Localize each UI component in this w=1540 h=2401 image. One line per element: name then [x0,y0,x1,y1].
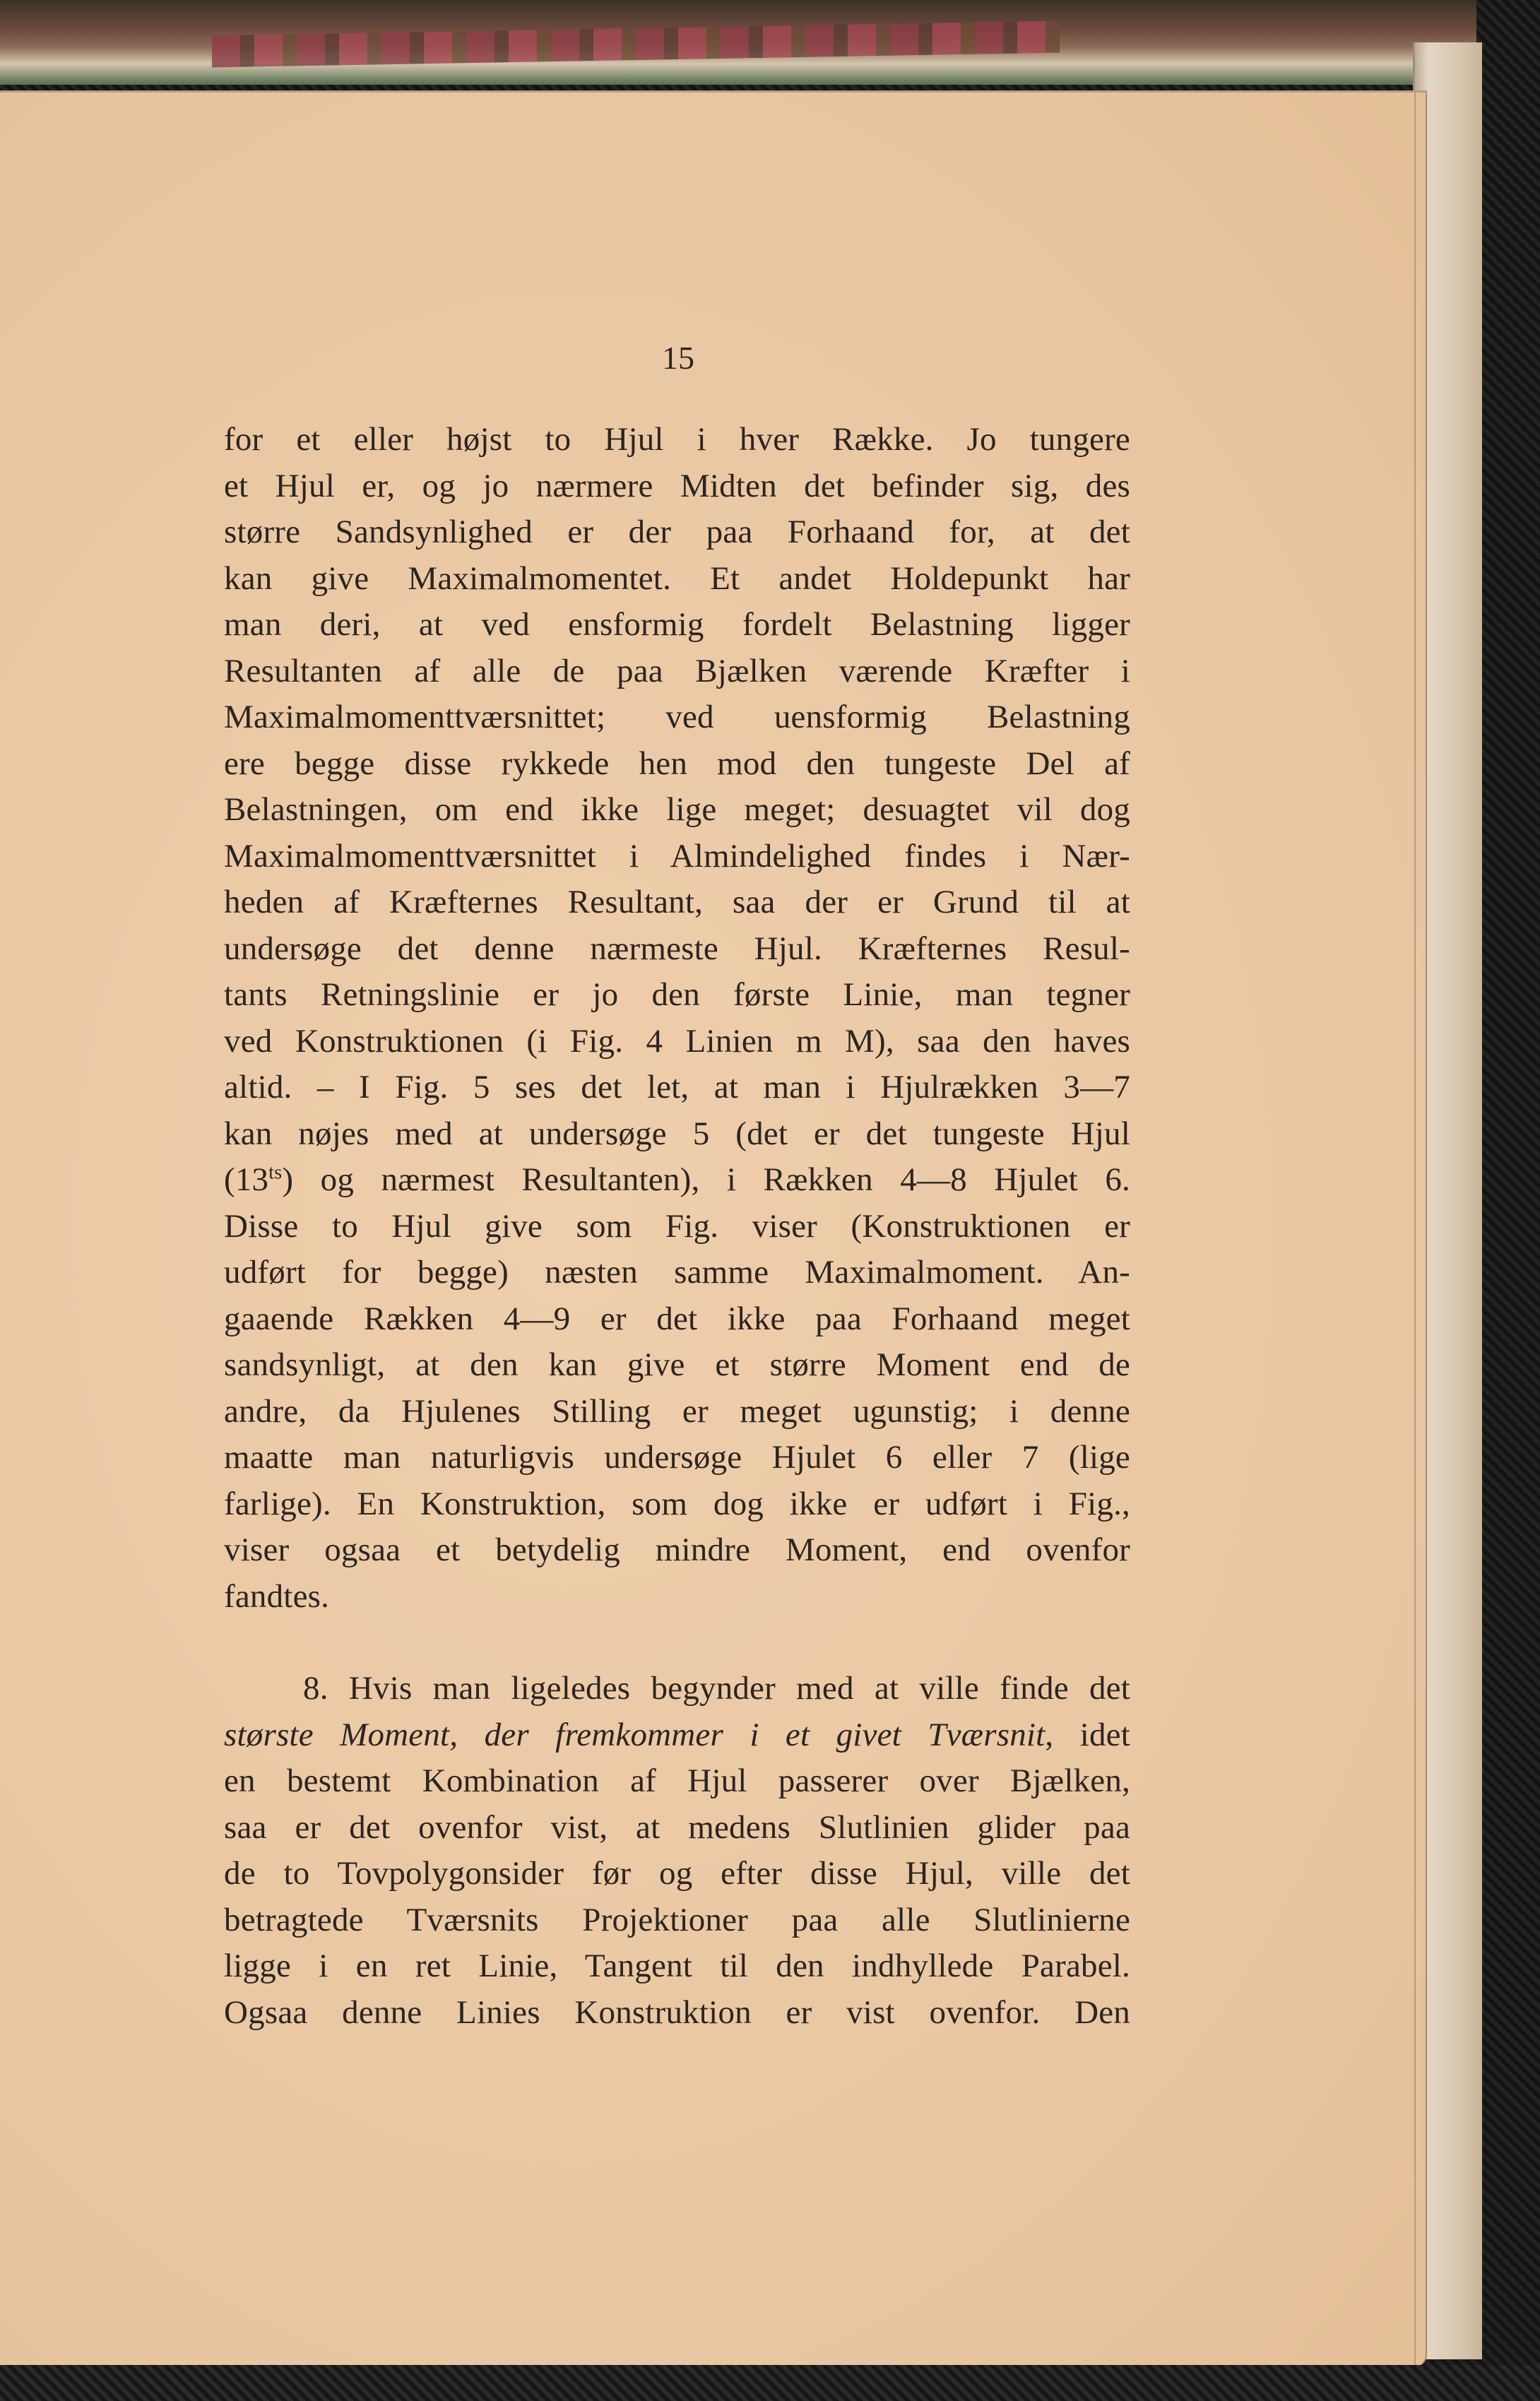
background-fabric [0,2365,1540,2401]
text-line: kan give Maximalmomentet. Et andet Holde… [224,556,1130,603]
text-line: undersøge det denne nærmeste Hjul. Kræft… [224,926,1130,973]
text-line: et Hjul er, og jo nærmere Midten det bef… [224,463,1130,510]
text-fragment: , idet [1045,1717,1130,1753]
text-line: viser ogsaa et betydelig mindre Moment, … [224,1527,1130,1574]
text-line: Maximalmomenttværsnittet; ved uensformig… [224,694,1130,741]
text-line: sandsynligt, at den kan give et større M… [224,1342,1130,1389]
section-number: 8. [303,1670,328,1707]
book-cover-top-edge [0,0,1476,85]
text-line: Belastningen, om end ikke lige meget; de… [224,787,1130,834]
text-fragment: Hvis man ligeledes begynder med at ville… [349,1670,1130,1707]
text-line: ved Konstruktionen (i Fig. 4 Linien m M)… [224,1019,1130,1065]
page-number: 15 [650,339,706,377]
text-line: gaaende Rækken 4—9 er det ikke paa Forha… [224,1296,1130,1343]
text-line: andre, da Hjulenes Stilling er meget ugu… [224,1389,1130,1435]
text-fragment: ) og nærmest Resultanten), i Rækken 4—8 … [282,1161,1130,1198]
text-line: kan nøjes med at undersøge 5 (det er det… [224,1111,1130,1158]
text-line: for et eller højst to Hjul i hver Række.… [224,417,1130,463]
text-line-with-superscript: (13ts) og nærmest Resultanten), i Rækken… [224,1157,1130,1204]
section-first-line: 8. Hvis man ligeledes begynder med at vi… [224,1666,1130,1712]
text-line: heden af Kræfternes Resultant, saa der e… [224,879,1130,926]
text-line: ligge i en ret Linie, Tangent til den in… [224,1943,1130,1990]
text-line: man deri, at ved ensformig fordelt Belas… [224,602,1130,648]
body-text: for et eller højst to Hjul i hver Række.… [224,417,1130,2036]
text-line: betragtede Tværsnits Projektioner paa al… [224,1897,1130,1944]
text-line: udført for begge) næsten samme Maximalmo… [224,1250,1130,1296]
text-line: ere begge disse rykkede hen mod den tung… [224,741,1130,788]
text-line: større Sandsynlighed er der paa Forhaand… [224,509,1130,556]
paragraph-spacer [224,1620,1130,1666]
text-line: Maximalmomenttværsnittet i Almindelighed… [224,834,1130,880]
spine-decoration [212,21,1060,68]
text-line: fandtes. [224,1574,1130,1620]
text-line: altid. – I Fig. 5 ses det let, at man i … [224,1065,1130,1111]
text-line: tants Retningslinie er jo den første Lin… [224,972,1130,1019]
text-line: Resultanten af alle de paa Bjælken væren… [224,648,1130,695]
text-line: de to Tovpolygonsider før og efter disse… [224,1851,1130,1897]
text-line: maatte man naturligvis undersøge Hjulet … [224,1435,1130,1481]
page-edge-line [1414,93,1416,2367]
ordinal-superscript: ts [268,1161,282,1183]
text-line: en bestemt Kombination af Hjul passerer … [224,1758,1130,1805]
text-line: Ogsaa denne Linies Konstruktion er vist … [224,1990,1130,2037]
text-fragment: (13 [224,1161,268,1198]
text-line: Disse to Hjul give som Fig. viser (Konst… [224,1204,1130,1250]
emphasized-line: største Moment, der fremkommer i et give… [224,1712,1130,1759]
text-line: saa er det ovenfor vist, at medens Slutl… [224,1805,1130,1851]
italic-phrase: største Moment, der fremkommer i et give… [224,1717,1045,1753]
text-line: farlige). En Konstruktion, som dog ikke … [224,1481,1130,1528]
